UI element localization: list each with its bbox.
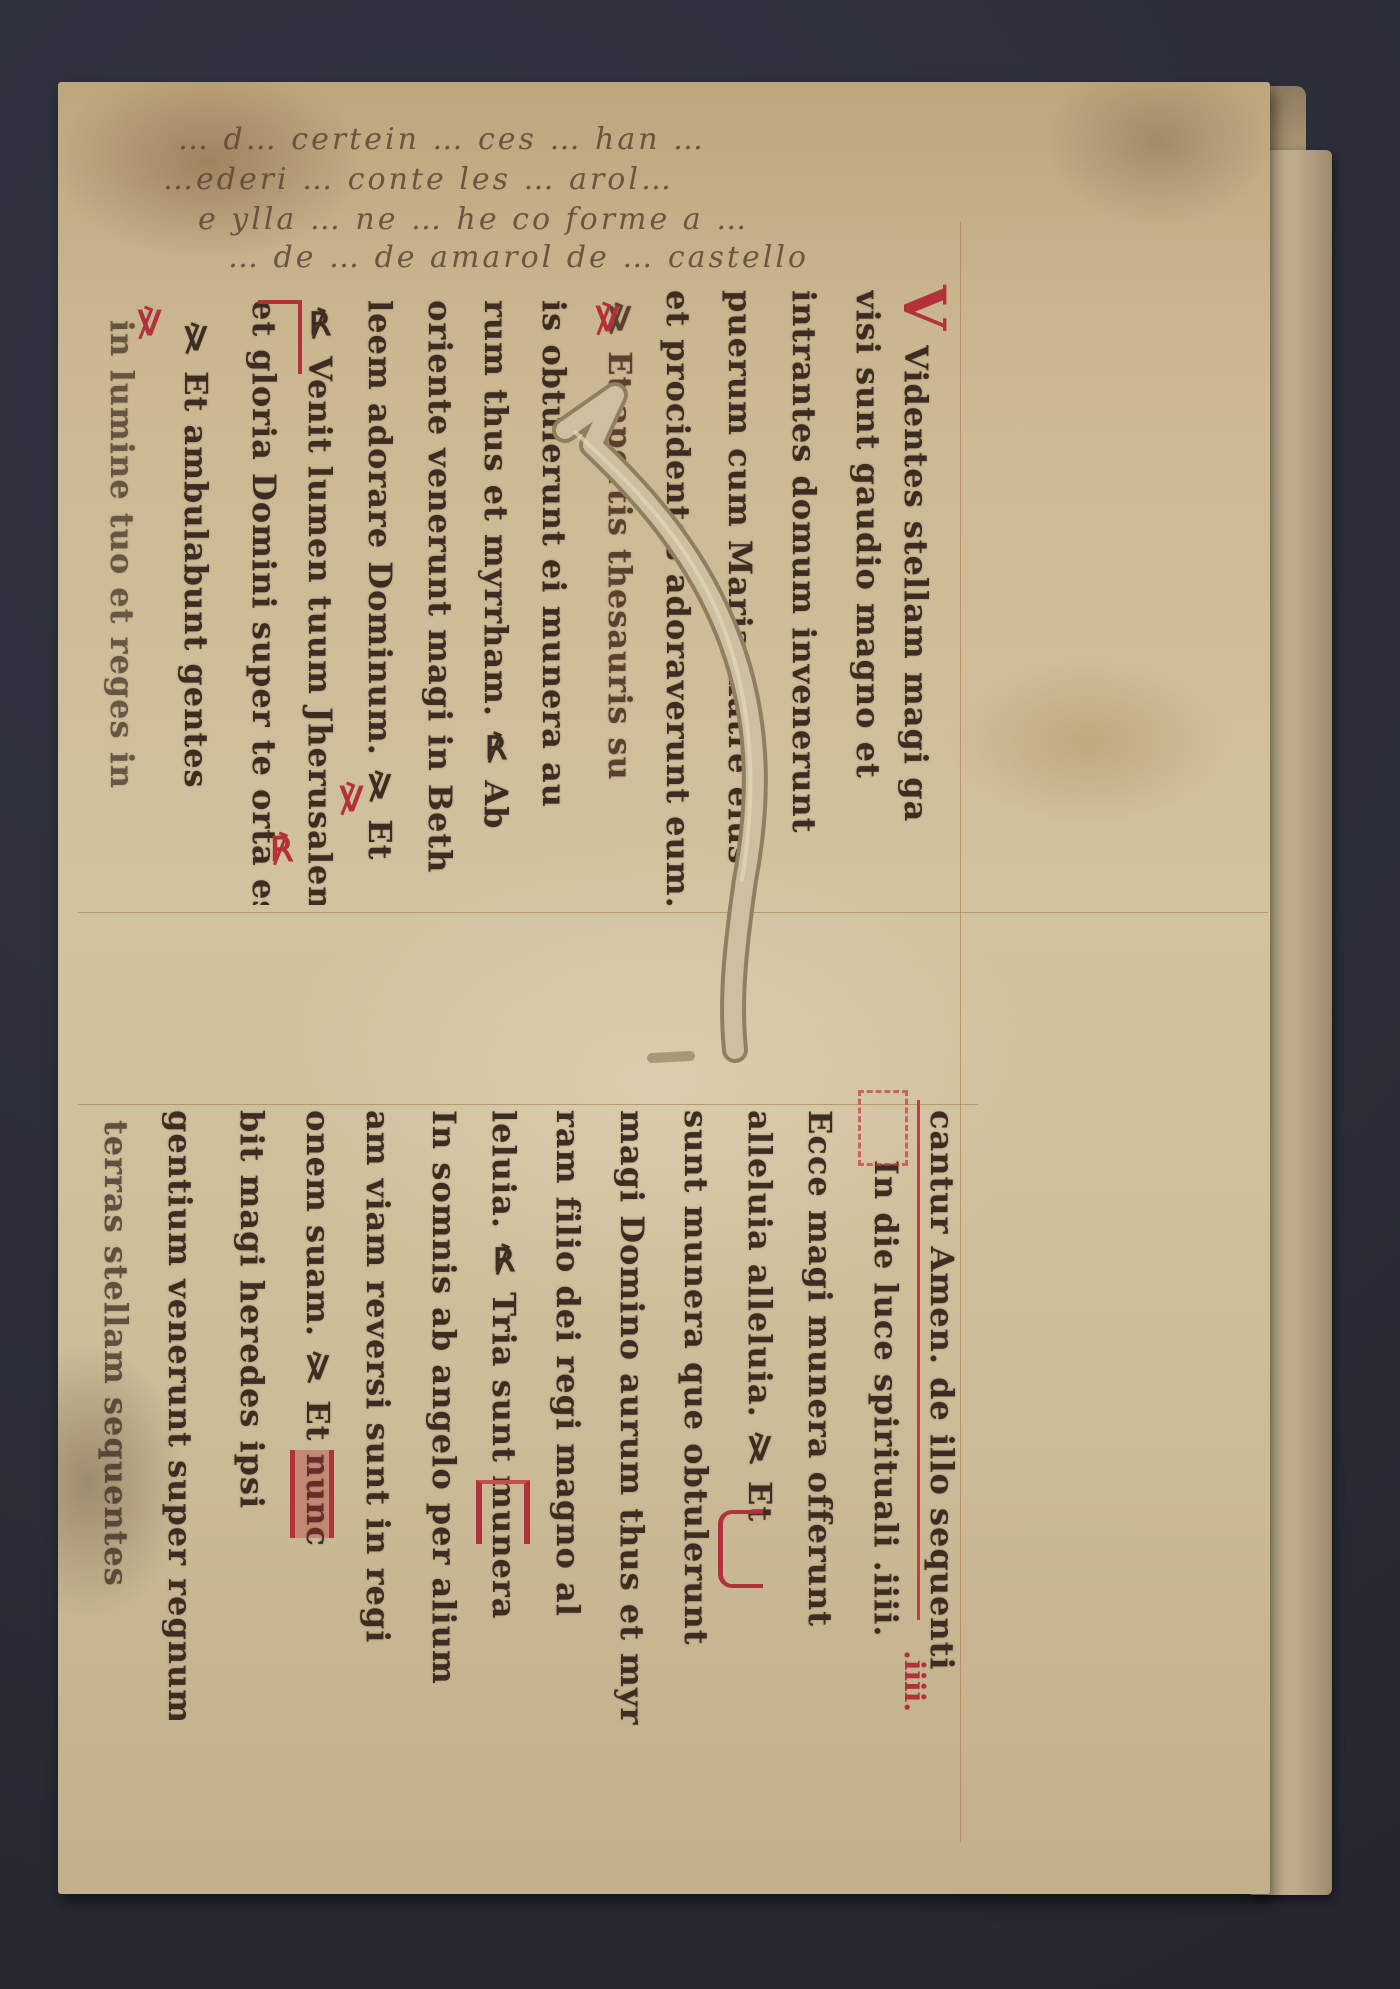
text-line: magi Domino aurum thus et myr	[612, 1110, 652, 1730]
rubric-response-mark: ℣	[340, 780, 363, 820]
text-line: alleluia alleluia. ℣ Et	[740, 1110, 780, 1730]
text-line: intrantes domum invenerunt	[784, 290, 824, 905]
rubric-versicle-mark: ℣	[138, 304, 168, 344]
text-line: is obtulerunt ei munera au	[534, 300, 574, 905]
text-line: In somnis ab angelo per alium	[424, 1110, 464, 1730]
rubric-rule	[917, 1100, 920, 1620]
text-line: am viam reversi sunt in regi	[358, 1110, 398, 1730]
text-line: et gloria Domini super te orta est.	[244, 300, 284, 905]
text-line: sunt munera que obtulerunt	[676, 1110, 716, 1730]
annotation-line: e ylla … ne … he co forme a …	[198, 202, 749, 237]
text-line: rum thus et myrrham. ℟ Ab	[476, 300, 516, 905]
rubric-initial: V	[895, 285, 953, 330]
text-line: terras stellam sequentes	[96, 1120, 136, 1720]
text-line: ℣ Et ambulabunt gentes	[176, 320, 216, 905]
text-line: ram filio dei regi magno al	[548, 1110, 588, 1730]
rubric-roman-numeral: .iiii.	[898, 1650, 931, 1712]
text-line: in lumine tuo et reges in	[102, 320, 142, 905]
text-line: ℣ Et apertis thesauris su	[600, 300, 640, 905]
rubric-initial-R	[258, 300, 302, 374]
text-line: Ecce magi munera offerunt	[800, 1110, 840, 1730]
text-line: leem adorare Dominum. ℣ Et	[360, 300, 400, 905]
text-line: ℟ Venit lumen tuum Jherusalem	[300, 305, 340, 905]
rubric-response-mark: ℟	[270, 830, 293, 870]
rubric-versicle-mark: ℣	[596, 300, 626, 340]
text-line: leluia. ℟ Tria sunt munera	[484, 1110, 524, 1730]
rubric-initial-T	[476, 1480, 530, 1544]
annotation-line: …ederi … conte les … arol…	[163, 162, 674, 197]
text-line: oriente venerunt magi in Beth	[420, 300, 460, 905]
annotation-line: … d… certein … ces … han …	[178, 122, 706, 157]
text-line: bit magi heredes ipsi	[232, 1110, 272, 1720]
rubric-initial-box	[858, 1090, 908, 1166]
ruling-line-horizontal	[78, 1104, 978, 1105]
rubric-initial-I	[290, 1450, 334, 1538]
text-line: onem suam. ℣ Et nunc	[298, 1110, 338, 1730]
text-line: Videntes stellam magi ga	[896, 345, 936, 905]
text-line: gentium venerunt super regnum	[160, 1110, 200, 1720]
annotation-line: … de … de amarol de … castello	[228, 240, 809, 275]
text-line: et procidentes adoraverunt eum.	[658, 290, 698, 915]
rubric-initial-E	[718, 1510, 763, 1588]
text-line: visi sunt gaudio magno et	[848, 290, 888, 905]
text-line: puerum cum Maria matre eius	[720, 290, 760, 905]
